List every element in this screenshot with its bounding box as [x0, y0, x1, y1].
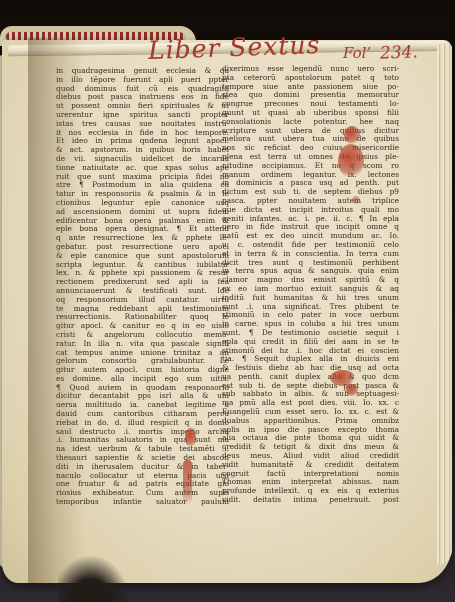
text-line: pta ceterorũ apostolorum patet q toto [222, 74, 399, 83]
text-line: naculo collocatur ut eterna pacis uisi [56, 472, 229, 481]
text-line: .i. humanitas saluatoris in qua sunt ma [56, 436, 229, 445]
text-line: uersa multitudo ia. canebat legitime a [56, 401, 229, 410]
red-wax-stain [344, 126, 360, 144]
text-line: one fruatur & ad patris eqalitate glo [56, 480, 229, 489]
text-line: sunt .i. una significat. Tres phibent te [222, 303, 399, 312]
text-line: ruit que sunt maxima pricipia fidei no [56, 173, 229, 182]
text-line: aplis in ipso die pasce excepto thoma [222, 426, 399, 435]
manuscript-page: Liber Sextus Fol’234. in quadragesima ge… [2, 40, 452, 583]
folio-word: Fol’ [343, 44, 371, 62]
text-line: dicit tres sunt q testimoniũ perhibent [222, 259, 399, 268]
text-line: meliora sunt ubera tua uino de quibus [222, 135, 399, 144]
text-line: nitudine accipiamus. Et no q scom ro [222, 162, 399, 171]
text-column-right: dixerimus esse legendũ nunc uero scri-pt… [222, 65, 399, 505]
text-line: gelorum consortio gratulabuntur. Le [56, 357, 229, 366]
text-line: dixerimus esse legendũ nunc uero scri- [222, 65, 399, 74]
text-line: ua penth. canit duplex alla & quo dcm [222, 373, 399, 382]
text-line: in carne. spus in coluba a hii tres unum [222, 320, 399, 329]
text-line: deus meus. Aliud vidit aliud credidit [222, 452, 399, 461]
text-line: gebatur. post resurrectione uero apocl [56, 243, 229, 252]
text-line: gitur autem apocl. cum historia digne [56, 366, 229, 375]
text-line: in illo tẽpore fuerunt apli pueri ppter [56, 76, 229, 85]
text-line: manum ordinem legantur. ix. lectones [222, 171, 399, 180]
red-ink-streak [183, 460, 192, 504]
text-line: tia. ¶ Sequit duplex alla in diuicis eni [222, 355, 399, 364]
running-title: Liber Sextus [148, 30, 321, 65]
text-line: ctionibus leguntur eple canonice usq [56, 199, 229, 208]
text-line: ut possent omnio fieri spirituales & ut [56, 102, 229, 111]
text-line: quod dominus fuit cũ eis quadragita [56, 85, 229, 94]
text-line: pasca. ppter nouitatem autem triplice [222, 197, 399, 206]
text-line: ad ascensionem domini ut supra fidem [56, 208, 229, 217]
text-line: cristi & angelorum collocutio memo- [56, 331, 229, 340]
text-line: sub sabbato in albis. & sub septuagesi- [222, 390, 399, 399]
text-line: in terra spus aqua & sanguis. quia enim [222, 267, 399, 276]
text-line: Euangeliũ cum esset sero. Io. xx. c. est… [222, 408, 399, 417]
text-line: alia octaua die pnte thoma qui uidit & [222, 434, 399, 443]
text-line: ¶ Quod autem in quodam responsorio [56, 384, 229, 393]
text-line: profunde intellexit. q ex eis q exterius [222, 487, 399, 496]
text-line: congrue precones noui testamenti lo- [222, 100, 399, 109]
text-line: dictum est sub ti. de septem diebus p9 [222, 188, 399, 197]
text-line: epla qui credit in filiũ dei aam in se t… [222, 338, 399, 347]
text-line: es domine. alla incipit ego sum uitis. [56, 375, 229, 384]
text-line: sunt. ¶ De testimonio oscietie sequit i [222, 329, 399, 338]
text-line: credidit & tetigit & dixit dns meus & [222, 443, 399, 452]
text-line: dauid cum cantoribus citharam percu [56, 410, 229, 419]
text-line: tione natiuitate ac. que xpas solus ape [56, 164, 229, 173]
book-photograph: xiti-n duerre.ro-a dtergb7aci-ureestSaec… [0, 0, 455, 602]
text-line: tempore siue ante passionem siue po- [222, 83, 399, 92]
page-fore-edges [437, 44, 452, 565]
text-line: vidit. deitatis intima penetrauit. post [222, 496, 399, 505]
text-line: urerentur igne spiritus sancti propter [56, 111, 229, 120]
text-line: rectionem predixerunt sed apli ia fea [56, 278, 229, 287]
text-line: & festiuis diebz ab hac die usq ad octa [222, 364, 399, 373]
text-line: in quadragesima genuit ecclesia & qa [56, 67, 229, 76]
text-line: stea quo domini presentia memoratur [222, 91, 399, 100]
text-line: de vii. signaculis uidelicet de incarna [56, 155, 229, 164]
text-line: q ante resurrectione lex & pphete le- [56, 234, 229, 243]
text-line: riosius exhibeatur. Cum autem supis [56, 489, 229, 498]
text-line: plena est terra ut omnes de ipsius ple- [222, 153, 399, 162]
text-line: oq responsorium illud cantatur. uirtu [56, 296, 229, 305]
text-line: eple bona opera designat. ¶ Et attend [56, 225, 229, 234]
text-line: istas tres causas sue nouitates instru- [56, 120, 229, 129]
text-line: resurrectionis. Rationabiliter quoq le [56, 313, 229, 322]
text-line: temporibus infantie saluator paulum [56, 498, 229, 507]
text-line: ex eo iam mortuo exiuit sanguis & aq [222, 285, 399, 294]
text-line: it nos ecclesia in fide in hoc tempore. [56, 129, 229, 138]
text-line: u. c. ostendit fide per testimoniũ celo [222, 241, 399, 250]
red-wax-stain [338, 144, 364, 178]
text-line: et in terra & in conscientia. In terra c… [222, 250, 399, 259]
text-line: tatur in responsoriis & psalmis & in le [56, 190, 229, 199]
text-line: que dicta est incipit introitus quali mo [222, 206, 399, 215]
text-line: in dominicis a pasca usq ad penth. put [222, 179, 399, 188]
text-line: stre ¶ Postmodum in alia quidena ca [56, 181, 229, 190]
text-line: lex. n. & pphete xpi passionem & resur [56, 269, 229, 278]
folio-number: 234. [380, 42, 419, 63]
red-wax-stain [352, 196, 360, 204]
text-line: clamor magno dns emisit spiritũ & q [222, 276, 399, 285]
text-line: te magna reddebant apli testimonium [56, 305, 229, 314]
text-line: stimoniũ dei hz .i. hoc dictat ei coscie… [222, 347, 399, 356]
text-line: ratur. In illa n. vita qua pascale signi… [56, 340, 229, 349]
text-line: consolationis lacte potentur. hee naq [222, 118, 399, 127]
text-line: & eple canonice que sunt apostolorum [56, 252, 229, 261]
folio-label: Fol’234. [343, 43, 418, 63]
text-line: nos sic reficiat deo cuius misericordie [222, 144, 399, 153]
text-line: gitur apocl. & canitur eo q in eo uisio [56, 322, 229, 331]
text-line: vidit humanitatẽ & credidit deitatem [222, 461, 399, 470]
text-line: saul destructo .i. mortis imperio archa [56, 428, 229, 437]
text-line: edificentur bona opera psalmas enim & [56, 217, 229, 226]
text-line: natũ est ex deo uincit mundum ac. Io. [222, 232, 399, 241]
text-line: annunciauerunt & testificati sunt. Ide [56, 287, 229, 296]
text-line: dicitur decantabit pps isrl alla & uni [56, 392, 229, 401]
text-line: geniti infantes. ac. i. pe. ii. c. ¶ In … [222, 215, 399, 224]
text-line: cat tempus anime unione trinitaz a an [56, 349, 229, 358]
text-line: cogruit factũ interpretationi nomis [222, 470, 399, 479]
text-line: diebus post pasca instruens eos in fide [56, 93, 229, 102]
text-line: Thomas enim interpretat abissus. nam [222, 478, 399, 487]
text-line: scripture sunt ubera de quibus dicitur [222, 127, 399, 136]
text-line: stimoniũ in celo pater in voce uerbum [222, 311, 399, 320]
text-line: inditũ fuit humanitas & hii tres unum [222, 294, 399, 303]
text-line: diti in iherusalem ducitur & in taber- [56, 463, 229, 472]
text-line: est sub ti. de septe diebus post pasca & [222, 382, 399, 391]
text-column-left: in quadragesima genuit ecclesia & qain i… [56, 67, 229, 507]
text-line: ma pmũ alla est post dies. viii. Io. xx.… [222, 399, 399, 408]
text-line: thesauri sapientie & scietie dei abscon [56, 454, 229, 463]
red-wax-stain [346, 384, 358, 396]
text-line: Et ideo in prima qndena legunt apocl. [56, 137, 229, 146]
text-line: quunt ut quasi ab uberibus sponsi filii [222, 109, 399, 118]
text-line: scripta leguntur. & cantibus iubilatur [56, 261, 229, 270]
text-line: duabus apparitionibus. Prima omnibz [222, 417, 399, 426]
text-line: riebat in do. d. illud respicit q in dom… [56, 419, 229, 428]
red-ink-drip [185, 428, 196, 448]
text-line: uero in fide instruit que incipit omne q [222, 223, 399, 232]
text-line: & act. apstorum. in quibus horis habet [56, 146, 229, 155]
text-line: na idest uerbum & tabule testamẽti .i. [56, 445, 229, 454]
